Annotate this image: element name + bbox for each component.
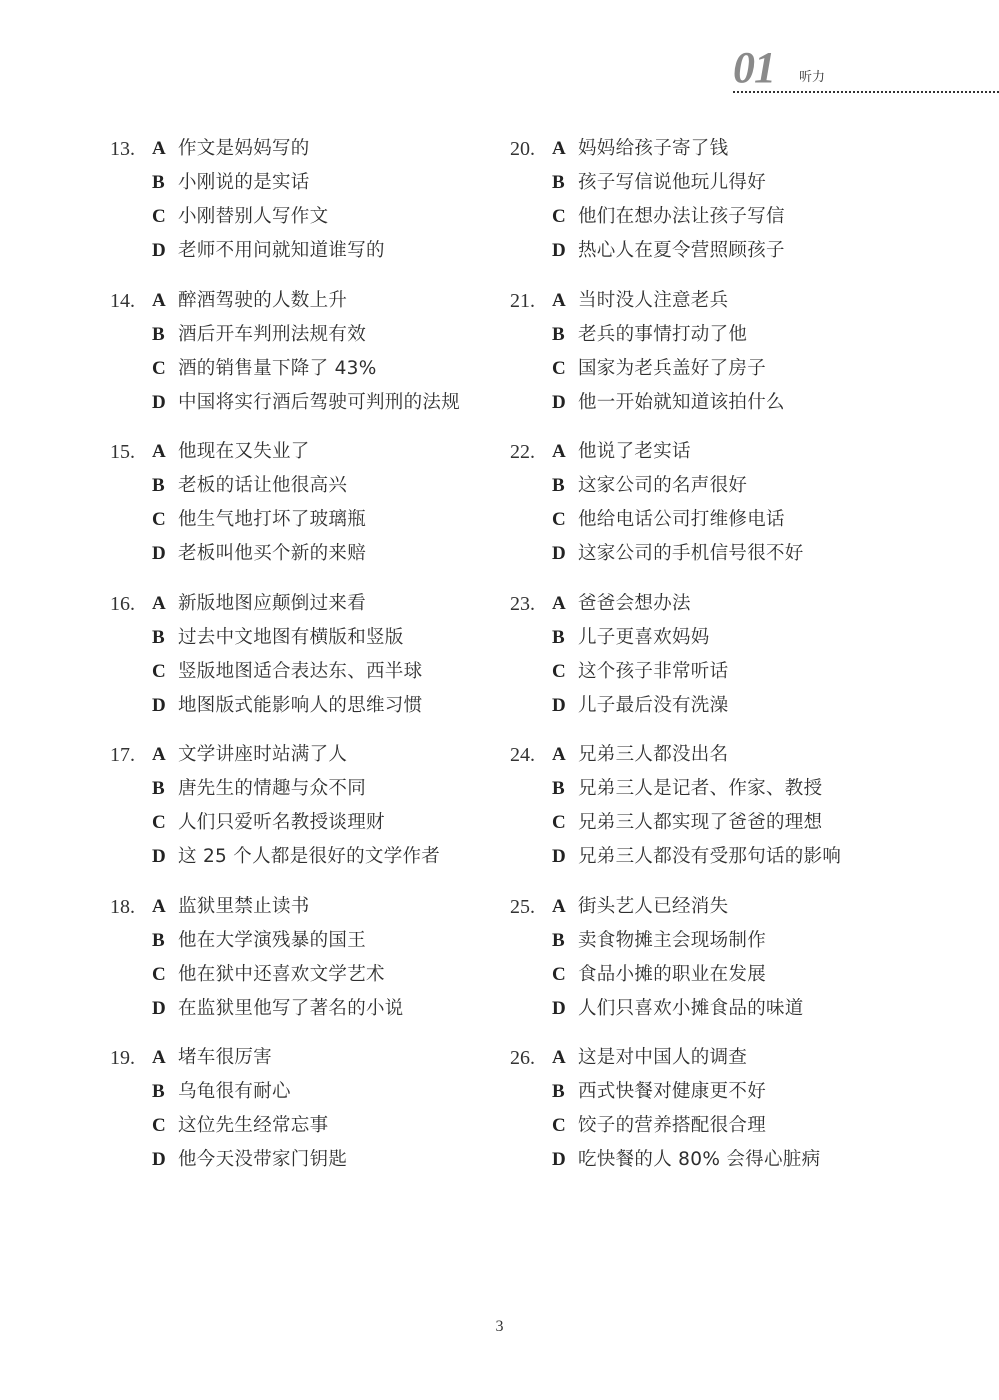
question-item: 23.A爸爸会想办法B儿子更喜欢妈妈C这个孩子非常听话D儿子最后没有洗澡 — [510, 590, 910, 742]
option-text: 这家公司的手机信号很不好 — [578, 540, 804, 568]
option-letter: D — [552, 389, 578, 417]
option-text: 他在狱中还喜欢文学艺术 — [178, 961, 385, 989]
option-text: 小刚说的是实话 — [178, 169, 310, 197]
option-letter: C — [152, 355, 178, 383]
option-text: 这是对中国人的调查 — [578, 1044, 747, 1072]
answer-option: A堵车很厉害 — [152, 1044, 272, 1072]
option-text: 街头艺人已经消失 — [578, 893, 728, 921]
option-letter: B — [552, 321, 578, 349]
option-letter: D — [552, 540, 578, 568]
option-text: 他现在又失业了 — [178, 438, 310, 466]
answer-option: C这个孩子非常听话 — [552, 658, 728, 686]
page-header: 01 听力 — [733, 50, 999, 94]
option-letter: A — [552, 438, 578, 466]
option-text: 作文是妈妈写的 — [178, 135, 310, 163]
question-number: 18. — [110, 893, 135, 921]
option-text: 兄弟三人都没有受那句话的影响 — [578, 843, 841, 871]
option-text: 孩子写信说他玩儿得好 — [578, 169, 766, 197]
option-letter: A — [552, 287, 578, 315]
option-letter: C — [152, 809, 178, 837]
question-item: 24.A兄弟三人都没出名B兄弟三人是记者、作家、教授C兄弟三人都实现了爸爸的理想… — [510, 741, 910, 893]
option-letter: B — [152, 321, 178, 349]
answer-option: D热心人在夏令营照顾孩子 — [552, 237, 785, 265]
answer-option: B乌龟很有耐心 — [152, 1078, 291, 1106]
question-item: 16.A新版地图应颠倒过来看B过去中文地图有横版和竖版C竖版地图适合表达东、西半… — [110, 590, 510, 742]
option-text: 饺子的营养搭配很合理 — [578, 1112, 766, 1140]
answer-option: A妈妈给孩子寄了钱 — [552, 135, 728, 163]
option-text: 食品小摊的职业在发展 — [578, 961, 766, 989]
option-letter: A — [152, 438, 178, 466]
option-text: 老板的话让他很高兴 — [178, 472, 347, 500]
option-letter: A — [152, 590, 178, 618]
option-letter: C — [552, 1112, 578, 1140]
answer-option: A爸爸会想办法 — [552, 590, 691, 618]
answer-option: B儿子更喜欢妈妈 — [552, 624, 710, 652]
answer-option: A当时没人注意老兵 — [552, 287, 728, 315]
option-text: 唐先生的情趣与众不同 — [178, 775, 366, 803]
option-letter: A — [552, 893, 578, 921]
answer-option: B西式快餐对健康更不好 — [552, 1078, 766, 1106]
question-number: 23. — [510, 590, 535, 618]
question-item: 21.A当时没人注意老兵B老兵的事情打动了他C国家为老兵盖好了房子D他一开始就知… — [510, 287, 910, 439]
option-text: 卖食物摊主会现场制作 — [578, 927, 766, 955]
option-text: 人们只喜欢小摊食品的味道 — [578, 995, 804, 1023]
option-text: 文学讲座时站满了人 — [178, 741, 347, 769]
option-text: 他给电话公司打维修电话 — [578, 506, 785, 534]
answer-option: A街头艺人已经消失 — [552, 893, 728, 921]
answer-option: C酒的销售量下降了 43% — [152, 355, 377, 383]
option-text: 爸爸会想办法 — [578, 590, 691, 618]
option-text: 老师不用问就知道谁写的 — [178, 237, 385, 265]
option-letter: D — [152, 995, 178, 1023]
option-letter: D — [552, 843, 578, 871]
option-text: 醉酒驾驶的人数上升 — [178, 287, 347, 315]
answer-option: D老师不用问就知道谁写的 — [152, 237, 385, 265]
question-item: 25.A街头艺人已经消失B卖食物摊主会现场制作C食品小摊的职业在发展D人们只喜欢… — [510, 893, 910, 1045]
answer-option: C竖版地图适合表达东、西半球 — [152, 658, 422, 686]
answer-option: D中国将实行酒后驾驶可判刑的法规 — [152, 389, 460, 417]
option-text: 他在大学演残暴的国王 — [178, 927, 366, 955]
option-text: 兄弟三人都没出名 — [578, 741, 728, 769]
option-letter: D — [152, 1146, 178, 1174]
option-text: 他今天没带家门钥匙 — [178, 1146, 347, 1174]
option-letter: D — [152, 843, 178, 871]
question-item: 19.A堵车很厉害B乌龟很有耐心C这位先生经常忘事D他今天没带家门钥匙 — [110, 1044, 510, 1196]
chapter-title: 听力 — [799, 71, 825, 85]
answer-option: B卖食物摊主会现场制作 — [552, 927, 766, 955]
question-item: 22.A他说了老实话B这家公司的名声很好C他给电话公司打维修电话D这家公司的手机… — [510, 438, 910, 590]
option-letter: D — [552, 995, 578, 1023]
answer-option: C饺子的营养搭配很合理 — [552, 1112, 766, 1140]
page-number: 3 — [0, 1318, 999, 1336]
answer-option: D人们只喜欢小摊食品的味道 — [552, 995, 804, 1023]
option-text: 小刚替别人写作文 — [178, 203, 328, 231]
option-letter: B — [152, 169, 178, 197]
answer-option: A新版地图应颠倒过来看 — [152, 590, 366, 618]
option-text: 西式快餐对健康更不好 — [578, 1078, 766, 1106]
option-letter: A — [552, 135, 578, 163]
option-letter: B — [552, 1078, 578, 1106]
answer-option: B他在大学演残暴的国王 — [152, 927, 366, 955]
option-letter: B — [152, 927, 178, 955]
answer-option: D这 25 个人都是很好的文学作者 — [152, 843, 440, 871]
answer-option: A他说了老实话 — [552, 438, 691, 466]
option-text: 竖版地图适合表达东、西半球 — [178, 658, 422, 686]
answer-option: A监狱里禁止读书 — [152, 893, 310, 921]
option-text: 儿子最后没有洗澡 — [578, 692, 728, 720]
answer-option: A作文是妈妈写的 — [152, 135, 310, 163]
answer-option: B酒后开车判刑法规有效 — [152, 321, 366, 349]
left-column: 13.A作文是妈妈写的B小刚说的是实话C小刚替别人写作文D老师不用问就知道谁写的… — [110, 135, 510, 1196]
option-text: 人们只爱听名教授谈理财 — [178, 809, 385, 837]
question-item: 20.A妈妈给孩子寄了钱B孩子写信说他玩儿得好C他们在想办法让孩子写信D热心人在… — [510, 135, 910, 287]
answer-option: B老兵的事情打动了他 — [552, 321, 747, 349]
answer-option: D吃快餐的人 80% 会得心脏病 — [552, 1146, 820, 1174]
answer-option: A文学讲座时站满了人 — [152, 741, 347, 769]
answer-option: B老板的话让他很高兴 — [152, 472, 347, 500]
option-text: 过去中文地图有横版和竖版 — [178, 624, 404, 652]
option-letter: D — [552, 237, 578, 265]
question-number: 26. — [510, 1044, 535, 1072]
answer-option: C他在狱中还喜欢文学艺术 — [152, 961, 385, 989]
option-letter: C — [552, 203, 578, 231]
chapter-number: 01 — [733, 46, 775, 90]
answer-option: C他们在想办法让孩子写信 — [552, 203, 785, 231]
answer-option: C小刚替别人写作文 — [152, 203, 328, 231]
option-letter: B — [552, 472, 578, 500]
option-text: 在监狱里他写了著名的小说 — [178, 995, 404, 1023]
option-letter: B — [152, 775, 178, 803]
option-text: 他们在想办法让孩子写信 — [578, 203, 785, 231]
option-letter: B — [552, 927, 578, 955]
answer-option: C人们只爱听名教授谈理财 — [152, 809, 385, 837]
option-text: 中国将实行酒后驾驶可判刑的法规 — [178, 389, 460, 417]
option-letter: D — [152, 540, 178, 568]
question-item: 15.A他现在又失业了B老板的话让他很高兴C他生气地打坏了玻璃瓶D老板叫他买个新… — [110, 438, 510, 590]
answer-option: D地图版式能影响人的思维习惯 — [152, 692, 422, 720]
option-text: 兄弟三人都实现了爸爸的理想 — [578, 809, 822, 837]
question-number: 24. — [510, 741, 535, 769]
answer-option: C食品小摊的职业在发展 — [552, 961, 766, 989]
option-letter: C — [152, 203, 178, 231]
question-number: 19. — [110, 1044, 135, 1072]
option-text: 这 25 个人都是很好的文学作者 — [178, 843, 440, 871]
option-letter: D — [152, 692, 178, 720]
option-letter: C — [552, 809, 578, 837]
answer-option: C国家为老兵盖好了房子 — [552, 355, 766, 383]
question-item: 14.A醉酒驾驶的人数上升B酒后开车判刑法规有效C酒的销售量下降了 43%D中国… — [110, 287, 510, 439]
question-item: 13.A作文是妈妈写的B小刚说的是实话C小刚替别人写作文D老师不用问就知道谁写的 — [110, 135, 510, 287]
option-letter: C — [552, 658, 578, 686]
question-number: 14. — [110, 287, 135, 315]
answer-option: A兄弟三人都没出名 — [552, 741, 728, 769]
option-letter: B — [152, 1078, 178, 1106]
option-text: 他说了老实话 — [578, 438, 691, 466]
option-letter: C — [552, 506, 578, 534]
answer-option: D这家公司的手机信号很不好 — [552, 540, 804, 568]
option-text: 这位先生经常忘事 — [178, 1112, 328, 1140]
answer-option: B这家公司的名声很好 — [552, 472, 747, 500]
answer-option: D他一开始就知道该拍什么 — [552, 389, 785, 417]
answer-option: A他现在又失业了 — [152, 438, 310, 466]
option-letter: A — [152, 893, 178, 921]
option-letter: B — [152, 624, 178, 652]
question-number: 22. — [510, 438, 535, 466]
option-letter: B — [552, 775, 578, 803]
question-number: 16. — [110, 590, 135, 618]
option-letter: A — [152, 741, 178, 769]
option-text: 新版地图应颠倒过来看 — [178, 590, 366, 618]
option-text: 乌龟很有耐心 — [178, 1078, 291, 1106]
question-item: 26.A这是对中国人的调查B西式快餐对健康更不好C饺子的营养搭配很合理D吃快餐的… — [510, 1044, 910, 1196]
option-text: 酒的销售量下降了 43% — [178, 355, 377, 383]
option-letter: C — [552, 961, 578, 989]
option-text: 国家为老兵盖好了房子 — [578, 355, 766, 383]
option-letter: A — [152, 287, 178, 315]
answer-option: C他给电话公司打维修电话 — [552, 506, 785, 534]
option-text: 热心人在夏令营照顾孩子 — [578, 237, 785, 265]
option-text: 地图版式能影响人的思维习惯 — [178, 692, 422, 720]
option-letter: D — [152, 237, 178, 265]
question-number: 15. — [110, 438, 135, 466]
answer-option: B小刚说的是实话 — [152, 169, 310, 197]
option-text: 老板叫他买个新的来赔 — [178, 540, 366, 568]
option-letter: B — [152, 472, 178, 500]
answer-option: D兄弟三人都没有受那句话的影响 — [552, 843, 841, 871]
answer-option: A醉酒驾驶的人数上升 — [152, 287, 347, 315]
question-number: 25. — [510, 893, 535, 921]
option-text: 这家公司的名声很好 — [578, 472, 747, 500]
option-text: 他一开始就知道该拍什么 — [578, 389, 785, 417]
option-letter: A — [552, 741, 578, 769]
header-dotted-rule — [733, 91, 999, 93]
answer-option: D在监狱里他写了著名的小说 — [152, 995, 404, 1023]
option-text: 妈妈给孩子寄了钱 — [578, 135, 728, 163]
right-column: 20.A妈妈给孩子寄了钱B孩子写信说他玩儿得好C他们在想办法让孩子写信D热心人在… — [510, 135, 910, 1196]
option-letter: B — [552, 169, 578, 197]
question-number: 21. — [510, 287, 535, 315]
answer-option: C他生气地打坏了玻璃瓶 — [152, 506, 366, 534]
answer-option: B兄弟三人是记者、作家、教授 — [552, 775, 822, 803]
option-text: 堵车很厉害 — [178, 1044, 272, 1072]
answer-option: D儿子最后没有洗澡 — [552, 692, 728, 720]
answer-option: B孩子写信说他玩儿得好 — [552, 169, 766, 197]
option-text: 这个孩子非常听话 — [578, 658, 728, 686]
option-text: 酒后开车判刑法规有效 — [178, 321, 366, 349]
option-text: 老兵的事情打动了他 — [578, 321, 747, 349]
option-letter: A — [552, 1044, 578, 1072]
question-number: 20. — [510, 135, 535, 163]
question-item: 18.A监狱里禁止读书B他在大学演残暴的国王C他在狱中还喜欢文学艺术D在监狱里他… — [110, 893, 510, 1045]
option-text: 当时没人注意老兵 — [578, 287, 728, 315]
option-letter: D — [552, 692, 578, 720]
option-letter: D — [152, 389, 178, 417]
option-letter: D — [552, 1146, 578, 1174]
answer-option: C这位先生经常忘事 — [152, 1112, 328, 1140]
option-text: 儿子更喜欢妈妈 — [578, 624, 710, 652]
question-number: 17. — [110, 741, 135, 769]
option-text: 他生气地打坏了玻璃瓶 — [178, 506, 366, 534]
question-item: 17.A文学讲座时站满了人B唐先生的情趣与众不同C人们只爱听名教授谈理财D这 2… — [110, 741, 510, 893]
option-letter: A — [552, 590, 578, 618]
option-letter: C — [152, 506, 178, 534]
option-letter: B — [552, 624, 578, 652]
option-letter: A — [152, 1044, 178, 1072]
answer-option: D老板叫他买个新的来赔 — [152, 540, 366, 568]
answer-option: B过去中文地图有横版和竖版 — [152, 624, 404, 652]
answer-option: A这是对中国人的调查 — [552, 1044, 747, 1072]
option-letter: C — [152, 1112, 178, 1140]
option-text: 监狱里禁止读书 — [178, 893, 310, 921]
answer-option: B唐先生的情趣与众不同 — [152, 775, 366, 803]
question-number: 13. — [110, 135, 135, 163]
option-letter: A — [152, 135, 178, 163]
option-letter: C — [152, 658, 178, 686]
option-text: 兄弟三人是记者、作家、教授 — [578, 775, 822, 803]
option-text: 吃快餐的人 80% 会得心脏病 — [578, 1146, 820, 1174]
option-letter: C — [152, 961, 178, 989]
answer-option: C兄弟三人都实现了爸爸的理想 — [552, 809, 822, 837]
option-letter: C — [552, 355, 578, 383]
answer-option: D他今天没带家门钥匙 — [152, 1146, 347, 1174]
